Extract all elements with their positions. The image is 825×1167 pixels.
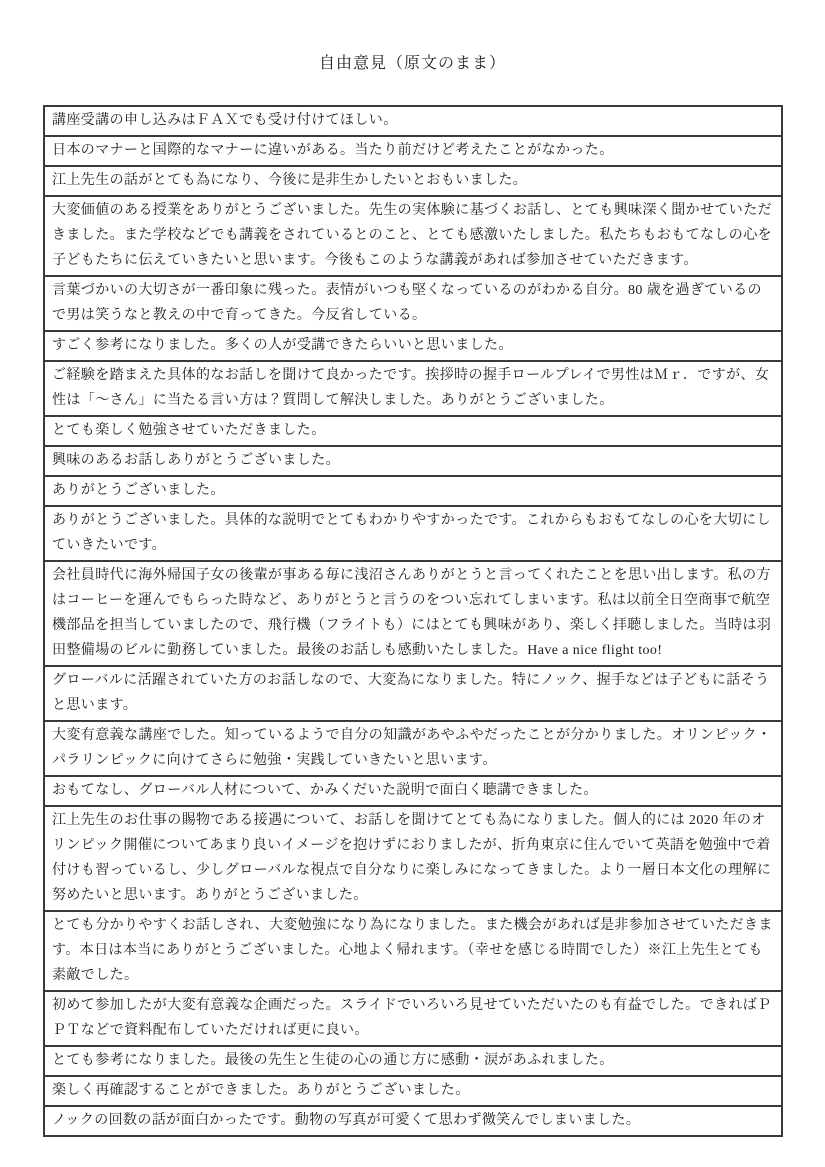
comment-cell: 講座受講の申し込みはＦＡＸでも受け付けてほしい。: [44, 106, 782, 136]
table-row: ありがとうございました。: [44, 476, 782, 506]
table-row: 興味のあるお話しありがとうございました。: [44, 446, 782, 476]
comment-cell: 大変有意義な講座でした。知っているようで自分の知識があやふやだったことが分かりま…: [44, 721, 782, 776]
table-row: ありがとうございました。具体的な説明でとてもわかりやすかったです。これからもおも…: [44, 506, 782, 561]
comment-cell: グローバルに活躍されていた方のお話しなので、大変為になりました。特にノック、握手…: [44, 666, 782, 721]
table-row: ノックの回数の話が面白かったです。動物の写真が可愛くて思わず微笑んでしまいました…: [44, 1106, 782, 1136]
comment-cell: ありがとうございました。: [44, 476, 782, 506]
table-row: とても参考になりました。最後の先生と生徒の心の通じ方に感動・涙があふれました。: [44, 1046, 782, 1076]
comments-table-body: 講座受講の申し込みはＦＡＸでも受け付けてほしい。 日本のマナーと国際的なマナーに…: [44, 106, 782, 1136]
comments-table: 講座受講の申し込みはＦＡＸでも受け付けてほしい。 日本のマナーと国際的なマナーに…: [43, 105, 783, 1137]
comment-cell: 江上先生の話がとても為になり、今後に是非生かしたいとおもいました。: [44, 166, 782, 196]
comment-cell: 楽しく再確認することができました。ありがとうございました。: [44, 1076, 782, 1106]
table-row: ご経験を踏まえた具体的なお話しを聞けて良かったです。挨拶時の握手ロールプレイで男…: [44, 361, 782, 416]
comment-cell: とても分かりやすくお話しされ、大変勉強になり為になりました。また機会があれば是非…: [44, 911, 782, 991]
comment-cell: 江上先生のお仕事の賜物である接遇について、お話しを聞けてとても為になりました。個…: [44, 806, 782, 911]
table-row: 会社員時代に海外帰国子女の後輩が事ある毎に浅沼さんありがとうと言ってくれたことを…: [44, 561, 782, 666]
comment-cell: 初めて参加したが大変有意義な企画だった。スライドでいろいろ見せていただいたのも有…: [44, 991, 782, 1046]
comment-cell: ご経験を踏まえた具体的なお話しを聞けて良かったです。挨拶時の握手ロールプレイで男…: [44, 361, 782, 416]
comment-cell: 大変価値のある授業をありがとうございました。先生の実体験に基づくお話し、とても興…: [44, 196, 782, 276]
document-page: 自由意見（原文のまま） 講座受講の申し込みはＦＡＸでも受け付けてほしい。 日本の…: [0, 0, 825, 1167]
table-row: おもてなし、グローバル人材について、かみくだいた説明で面白く聴講できました。: [44, 776, 782, 806]
table-row: 日本のマナーと国際的なマナーに違いがある。当たり前だけど考えたことがなかった。: [44, 136, 782, 166]
comment-cell: 興味のあるお話しありがとうございました。: [44, 446, 782, 476]
comment-cell: ありがとうございました。具体的な説明でとてもわかりやすかったです。これからもおも…: [44, 506, 782, 561]
table-row: とても楽しく勉強させていただきました。: [44, 416, 782, 446]
table-row: とても分かりやすくお話しされ、大変勉強になり為になりました。また機会があれば是非…: [44, 911, 782, 991]
table-row: すごく参考になりました。多くの人が受講できたらいいと思いました。: [44, 331, 782, 361]
table-row: 楽しく再確認することができました。ありがとうございました。: [44, 1076, 782, 1106]
comment-cell: ノックの回数の話が面白かったです。動物の写真が可愛くて思わず微笑んでしまいました…: [44, 1106, 782, 1136]
table-row: 江上先生のお仕事の賜物である接遇について、お話しを聞けてとても為になりました。個…: [44, 806, 782, 911]
comment-cell: 言葉づかいの大切さが一番印象に残った。表情がいつも堅くなっているのがわかる自分。…: [44, 276, 782, 331]
table-row: 初めて参加したが大変有意義な企画だった。スライドでいろいろ見せていただいたのも有…: [44, 991, 782, 1046]
comment-cell: 会社員時代に海外帰国子女の後輩が事ある毎に浅沼さんありがとうと言ってくれたことを…: [44, 561, 782, 666]
table-row: 言葉づかいの大切さが一番印象に残った。表情がいつも堅くなっているのがわかる自分。…: [44, 276, 782, 331]
comment-cell: とても楽しく勉強させていただきました。: [44, 416, 782, 446]
page-title: 自由意見（原文のまま）: [0, 50, 825, 73]
table-row: グローバルに活躍されていた方のお話しなので、大変為になりました。特にノック、握手…: [44, 666, 782, 721]
table-row: 大変価値のある授業をありがとうございました。先生の実体験に基づくお話し、とても興…: [44, 196, 782, 276]
comment-cell: すごく参考になりました。多くの人が受講できたらいいと思いました。: [44, 331, 782, 361]
table-row: 江上先生の話がとても為になり、今後に是非生かしたいとおもいました。: [44, 166, 782, 196]
table-row: 大変有意義な講座でした。知っているようで自分の知識があやふやだったことが分かりま…: [44, 721, 782, 776]
comment-cell: おもてなし、グローバル人材について、かみくだいた説明で面白く聴講できました。: [44, 776, 782, 806]
comment-cell: とても参考になりました。最後の先生と生徒の心の通じ方に感動・涙があふれました。: [44, 1046, 782, 1076]
comment-cell: 日本のマナーと国際的なマナーに違いがある。当たり前だけど考えたことがなかった。: [44, 136, 782, 166]
table-row: 講座受講の申し込みはＦＡＸでも受け付けてほしい。: [44, 106, 782, 136]
